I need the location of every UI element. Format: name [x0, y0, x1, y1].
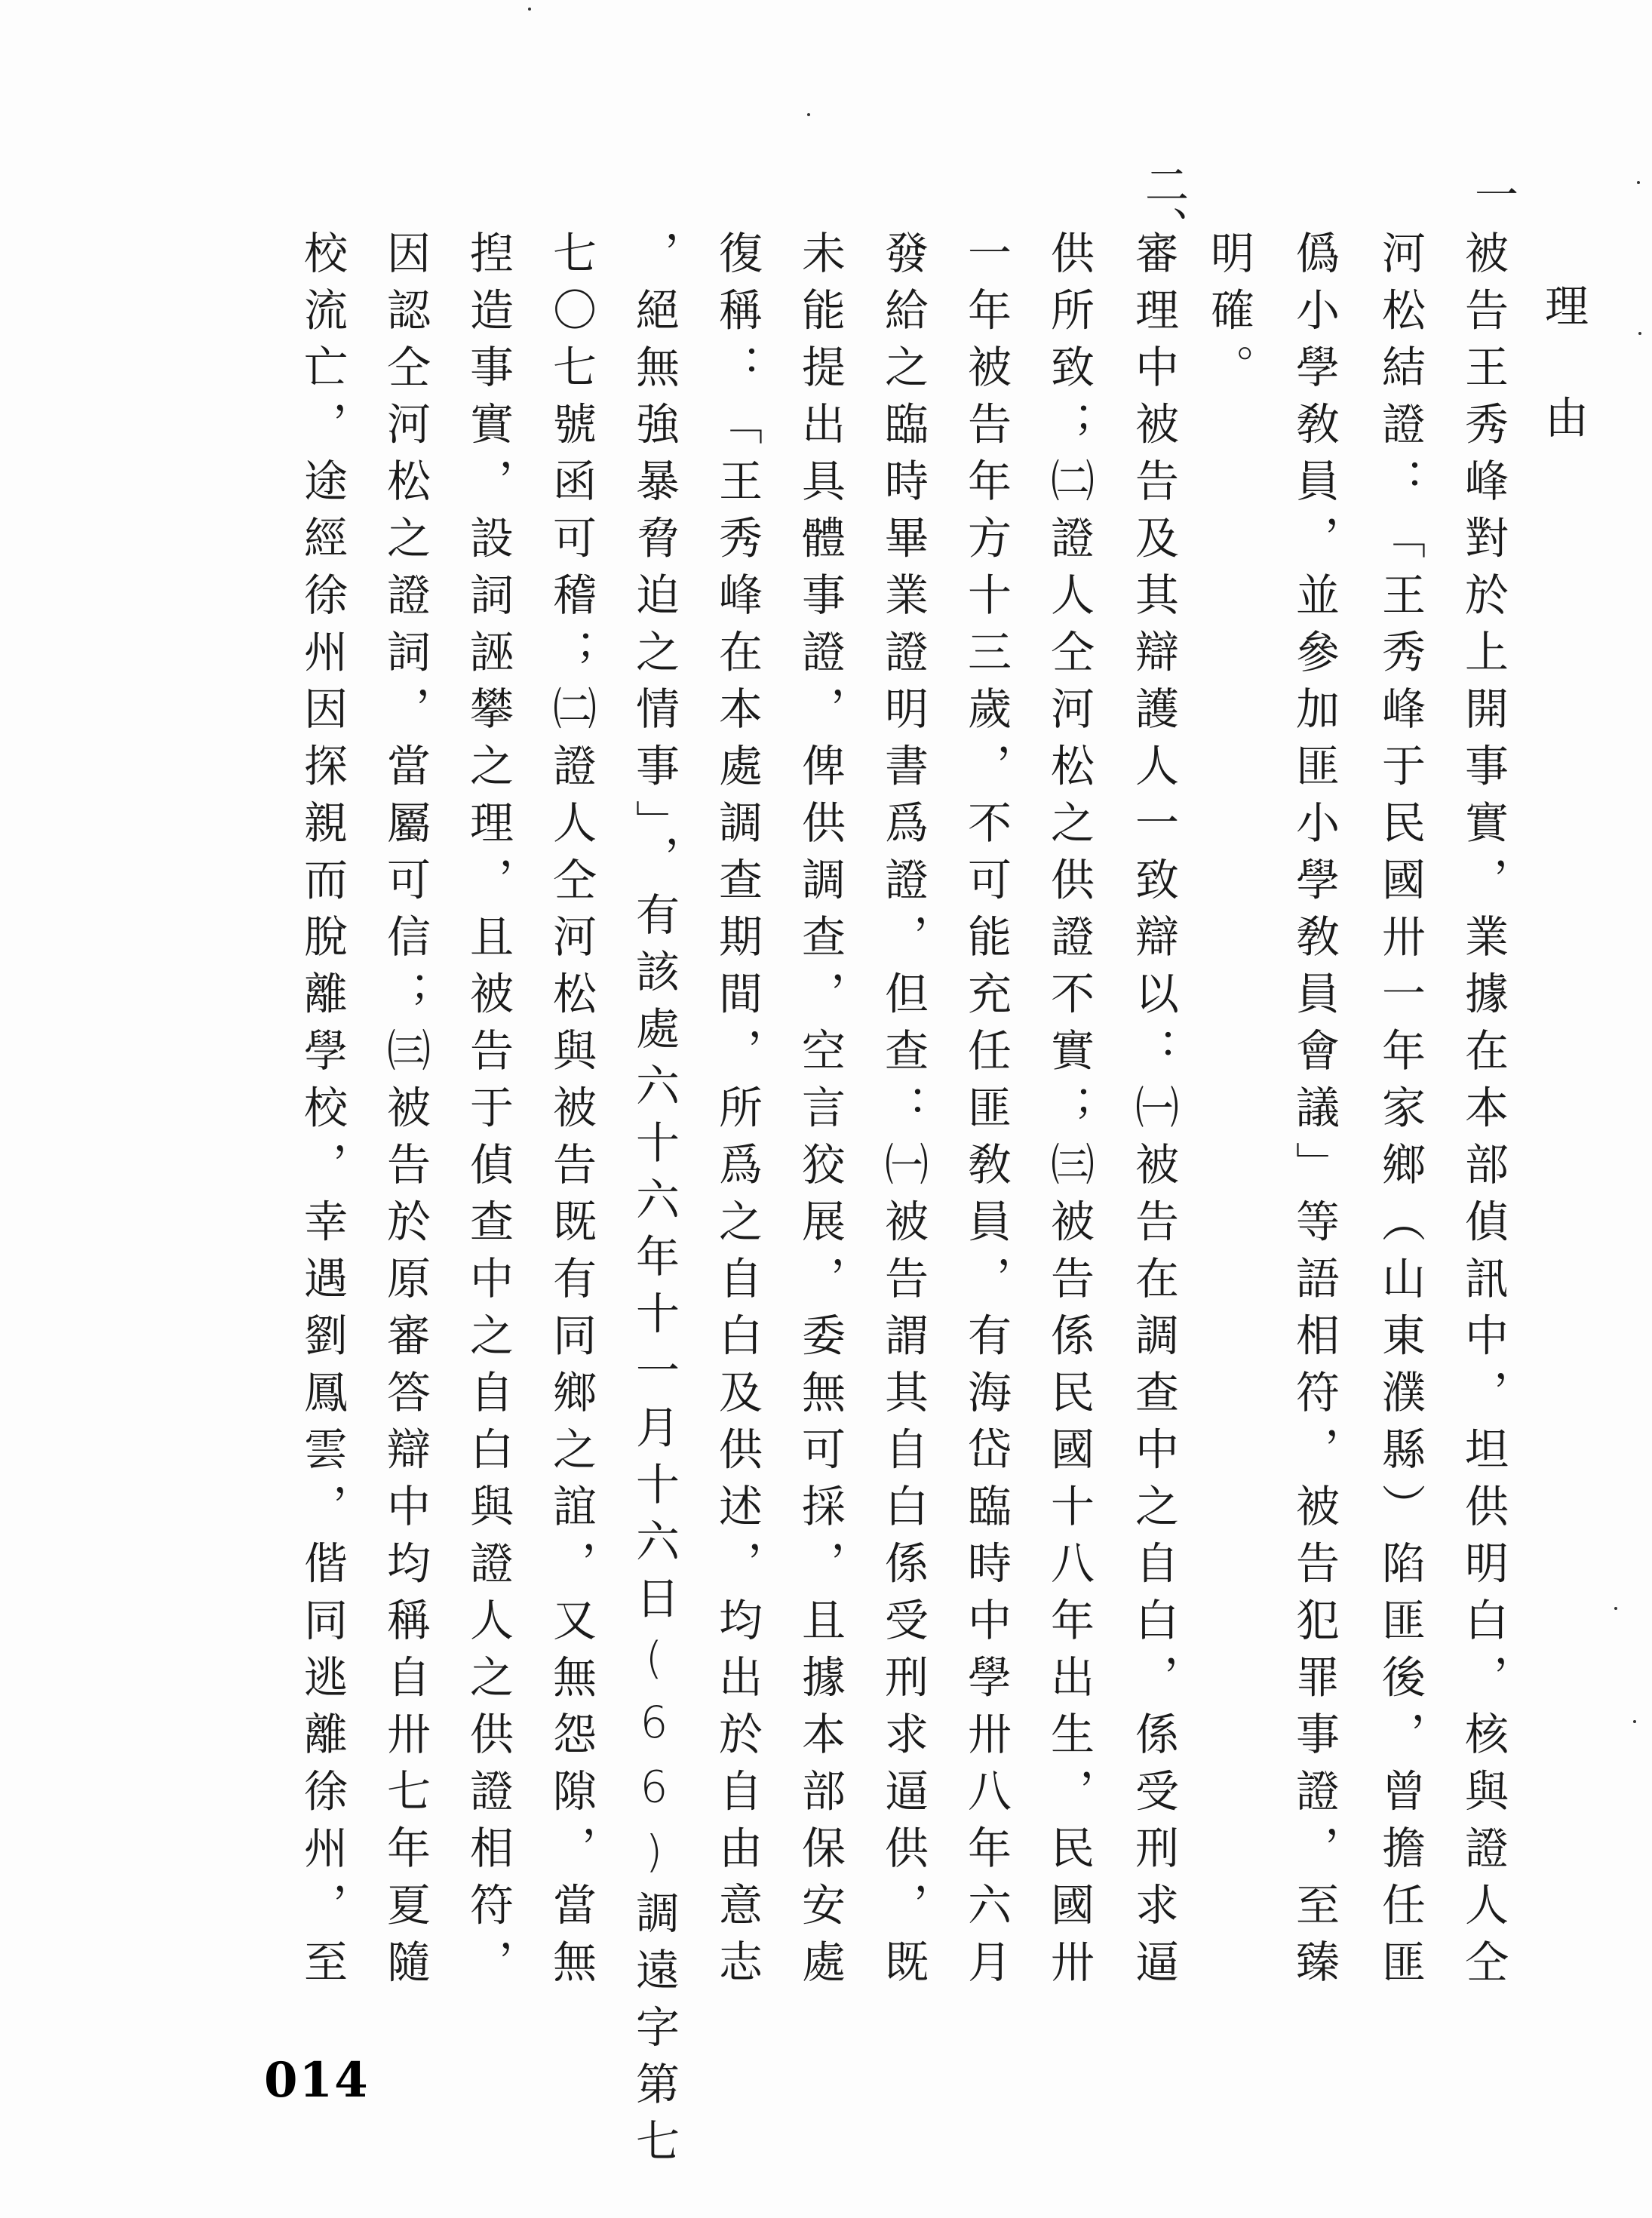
text-column-9: 未能提出具體事證，俾供調查，空言狡展，委無可採，且據本部保安處	[798, 230, 842, 1996]
text-column-15: 校流亡，途經徐州因探親而脫離學校，幸遇劉鳳雲，偕同逃離徐州，至	[300, 230, 344, 1996]
text-column-4: 明確。	[1207, 230, 1251, 401]
text-column-6: 供所致；㈡證人仝河松之供證不實；㈢被告係民國十八年出生，民國卅	[1047, 230, 1091, 1996]
text-column-11: ，絕無強暴脅迫之情事」，有該處六十六年十一月十六日(66)調遠字第七	[632, 230, 676, 2175]
scan-speck	[1633, 1720, 1636, 1723]
scan-speck	[807, 113, 810, 116]
section-heading: 理由	[1531, 283, 1595, 506]
scan-speck	[1637, 181, 1640, 184]
text-column-7: 一年被告年方十三歲，不可能充任匪敎員，有海岱臨時中學卅八年六月	[964, 230, 1008, 1996]
page-number: 014	[264, 2052, 370, 2109]
item-marker-1: 一	[1461, 172, 1525, 216]
text-column-2: 河松結證：「王秀峰于民國卅一年家鄉（山東濮縣）陷匪後，曾擔任匪	[1378, 230, 1422, 1996]
text-column-10: 復稱：「王秀峰在本處調查期間，所爲之自白及供述，均出於自由意志	[715, 230, 759, 1996]
scan-speck	[1638, 332, 1641, 335]
text-column-13: 揑造事實，設詞誣攀之理，且被告于偵查中之自白與證人之供證相符，	[466, 230, 510, 1996]
scan-speck	[1614, 1607, 1617, 1610]
text-column-12: 七〇七號函可稽；㈡證人仝河松與被告既有同鄉之誼，又無怨隙，當無	[549, 230, 593, 1996]
scanned-document-page: 理由 一 被告王秀峰對於上開事實，業據在本部偵訊中，坦供明白，核與證人仝 河松結…	[0, 0, 1652, 2218]
text-column-8: 發給之臨時畢業證明書爲證，但查：㈠被告謂其自白係受刑求逼供，既	[881, 230, 925, 1996]
text-column-5: 審理中被告及其辯護人一致辯以：㈠被告在調查中之自白，係受刑求逼	[1132, 230, 1175, 1996]
scan-speck	[528, 8, 531, 11]
text-column-14: 因認仝河松之證詞，當屬可信；㈢被告於原審答辯中均稱自卅七年夏隨	[383, 230, 427, 1996]
text-column-1: 被告王秀峰對於上開事實，業據在本部偵訊中，坦供明白，核與證人仝	[1461, 230, 1505, 1996]
text-column-3: 僞小學敎員，並參加匪小學敎員會議」等語相符，被告犯罪事證，至臻	[1292, 230, 1336, 1996]
